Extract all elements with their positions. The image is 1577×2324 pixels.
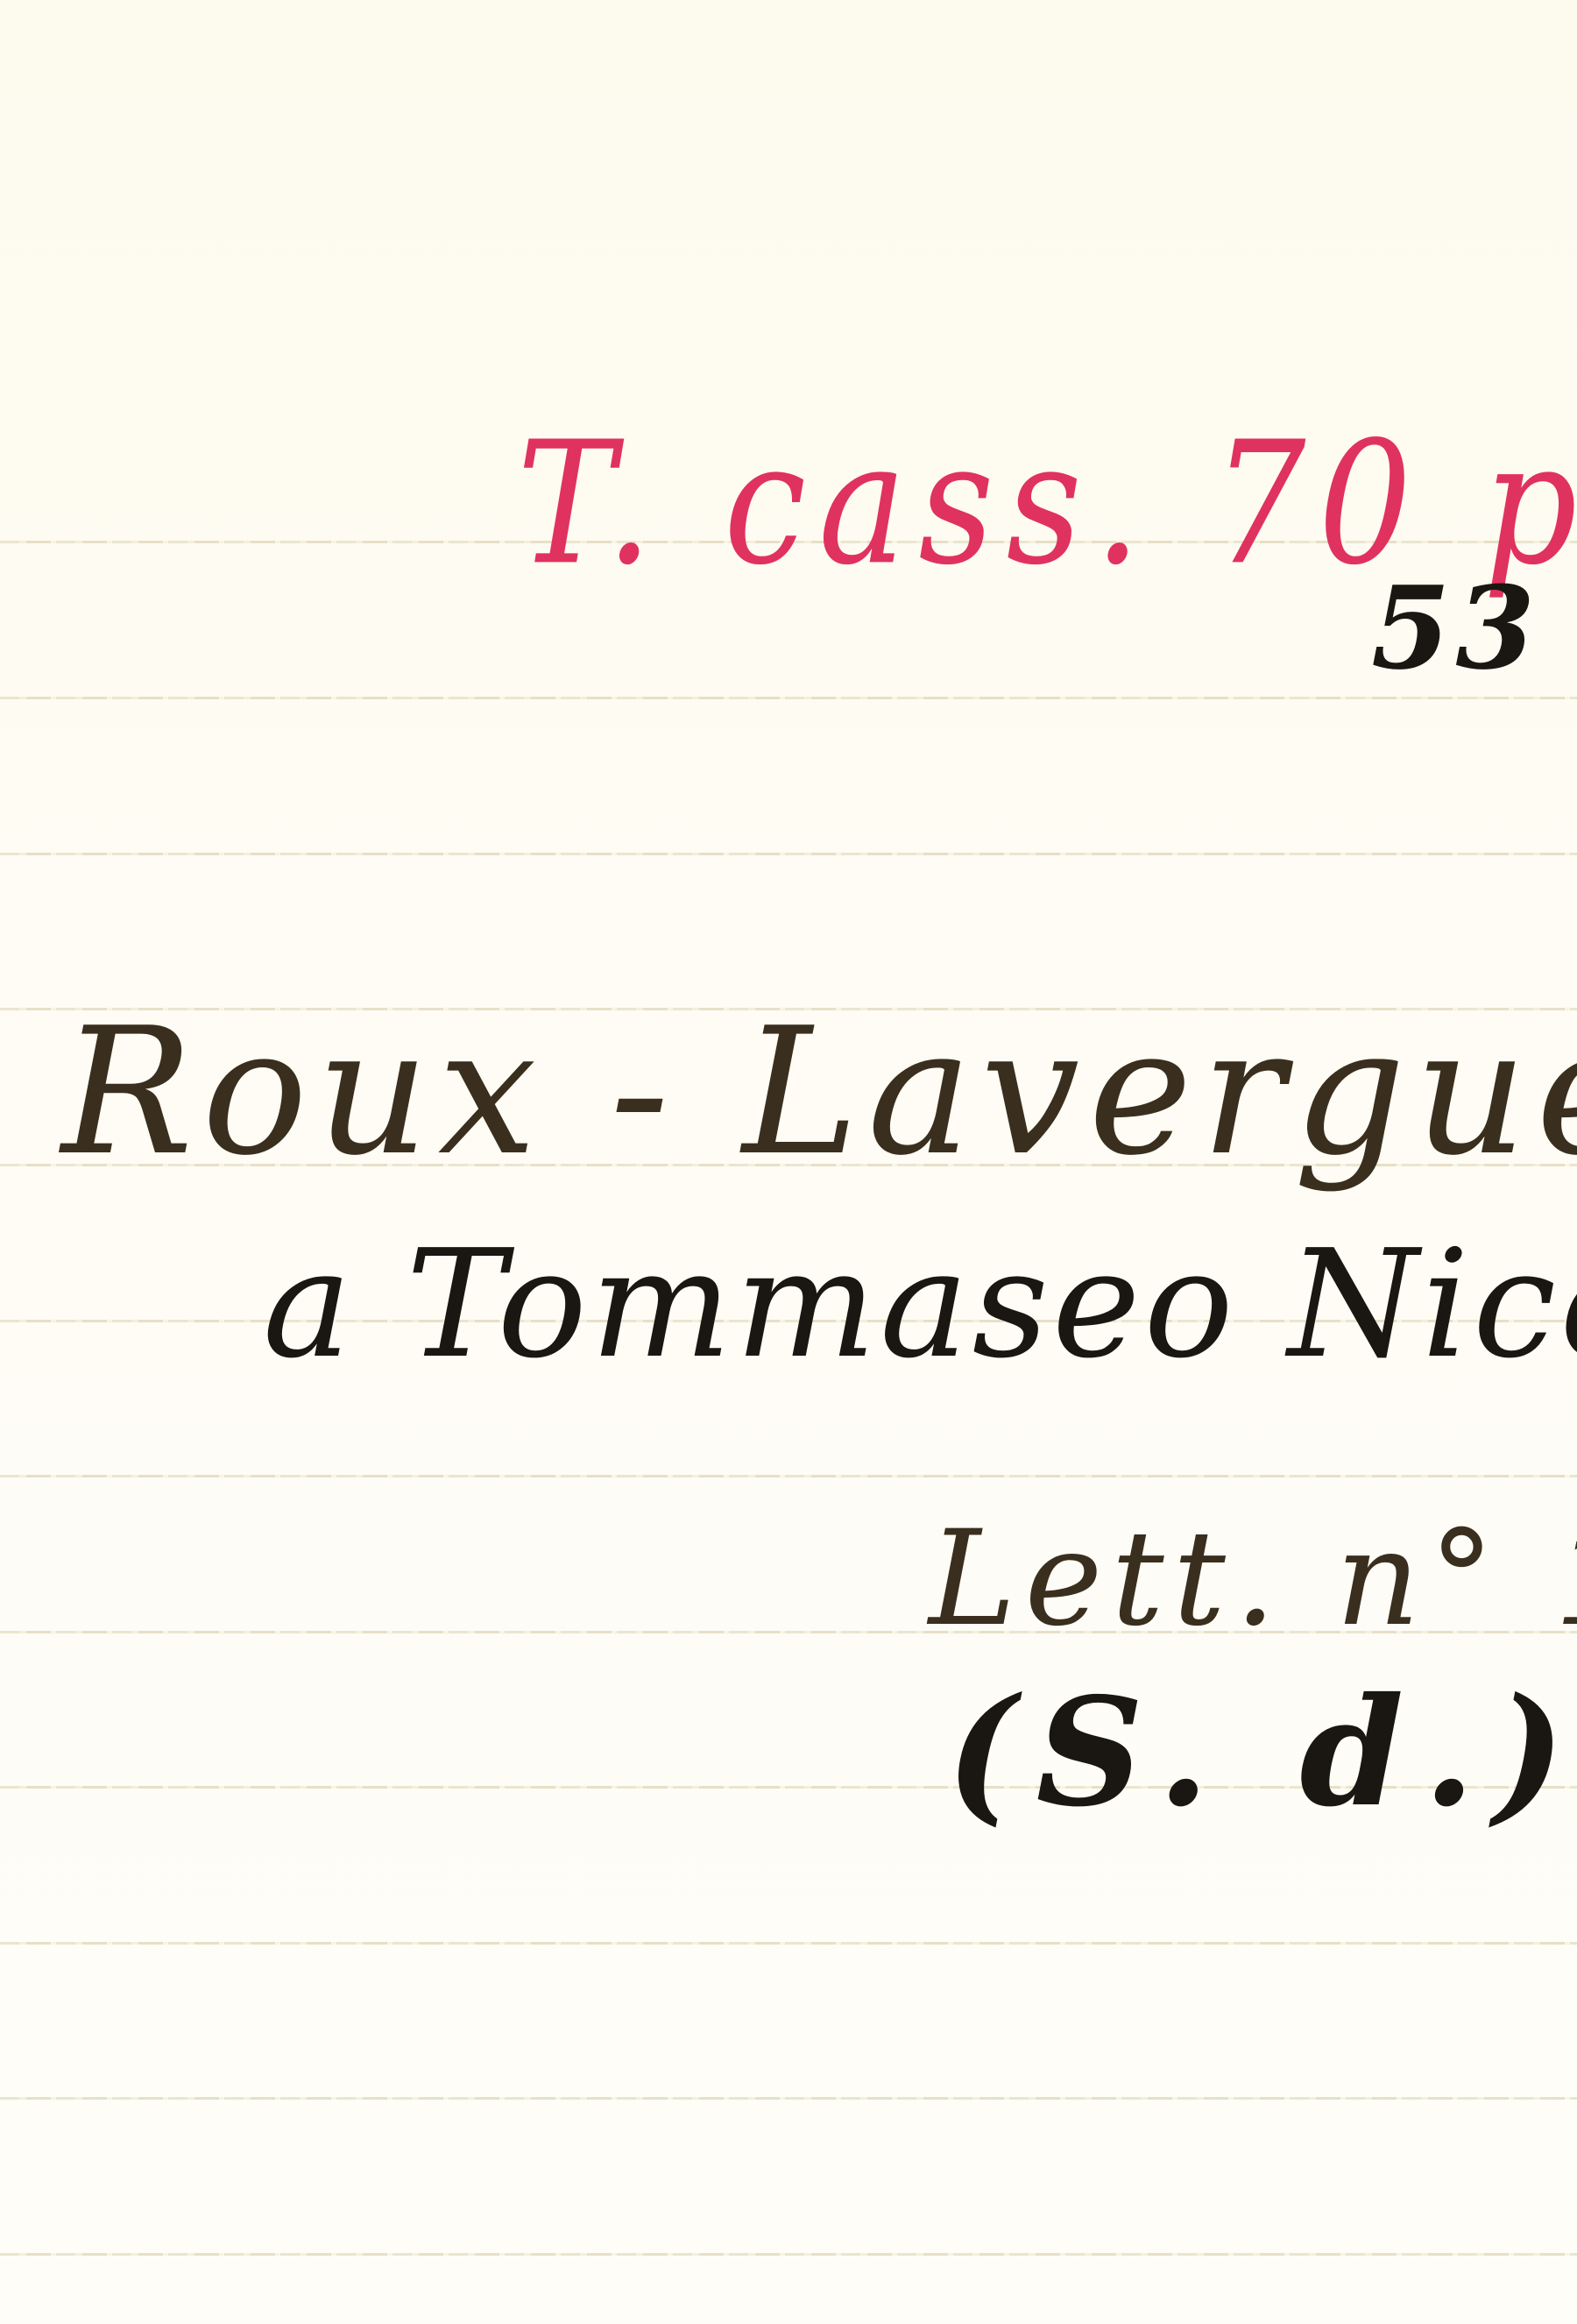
ruled-line [0, 853, 1577, 855]
ruled-line [0, 1475, 1577, 1477]
ruled-line [0, 2253, 1577, 2256]
recipient-name: a Tommaseo Niccolò [263, 1218, 1577, 1392]
ruled-line [0, 697, 1577, 699]
date-note: (S. d.) [946, 1665, 1577, 1840]
ruled-line [0, 2097, 1577, 2100]
index-card: T. cass. 70 pacco 125, 53 Roux - Lavergu… [0, 0, 1577, 2324]
correspondent-name: Roux - Lavergue. [61, 990, 1577, 1194]
item-number: 53 [1371, 561, 1540, 695]
ruled-line [0, 1942, 1577, 1945]
letter-count: Lett. n° 1 [929, 1503, 1577, 1655]
